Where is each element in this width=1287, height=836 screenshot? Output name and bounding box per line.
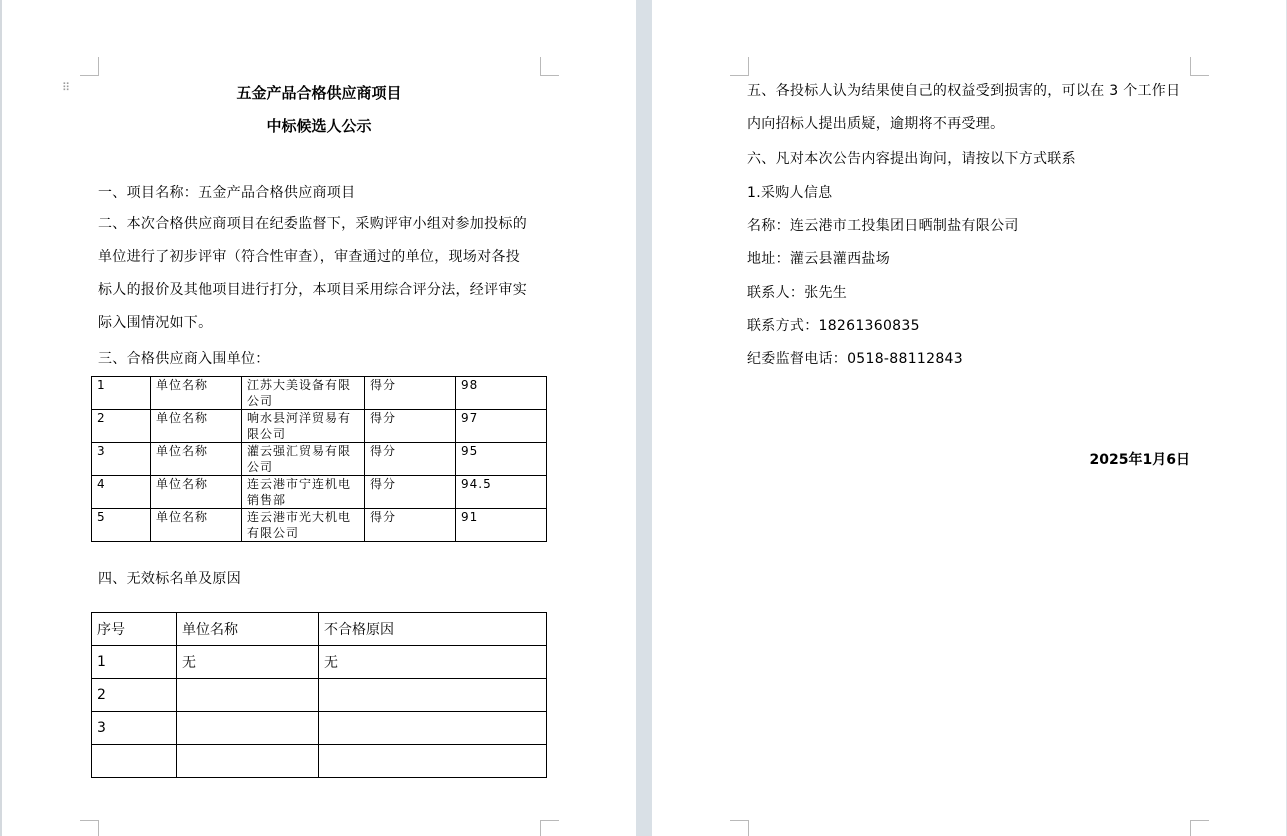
name-label: 单位名称 <box>151 410 242 443</box>
cell: 1 <box>92 646 177 679</box>
row-number: 1 <box>92 377 151 410</box>
cell <box>177 745 319 778</box>
row-number: 3 <box>92 443 151 476</box>
section-5-line: 内向招标人提出质疑，逾期将不再受理。 <box>747 108 1180 141</box>
score-label: 得分 <box>365 476 456 509</box>
section-5: 五、各投标人认为结果使自己的权益受到损害的，可以在 3 个工作日 内向招标人提出… <box>747 75 1180 141</box>
section-6: 六、凡对本次公告内容提出询问，请按以下方式联系 <box>747 148 1076 168</box>
name-label: 单位名称 <box>151 509 242 542</box>
row-number: 5 <box>92 509 151 542</box>
document-page-2: 五、各投标人认为结果使自己的权益受到损害的，可以在 3 个工作日 内向招标人提出… <box>652 0 1286 836</box>
section-5-line: 五、各投标人认为结果使自己的权益受到损害的，可以在 3 个工作日 <box>747 75 1180 108</box>
section-2-line: 标人的报价及其他项目进行打分，本项目采用综合评分法，经评审实 <box>98 274 527 307</box>
purchaser-contact: 联系人：张先生 <box>747 282 847 302</box>
document-subtitle: 中标候选人公示 <box>2 115 636 136</box>
purchaser-heading: 1.采购人信息 <box>747 182 832 202</box>
row-number: 4 <box>92 476 151 509</box>
score-label: 得分 <box>365 377 456 410</box>
table-row: 2 <box>92 679 547 712</box>
company-name: 江苏大美设备有限公司 <box>242 377 365 410</box>
document-title: 五金产品合格供应商项目 <box>2 82 636 103</box>
cell <box>319 712 547 745</box>
purchaser-phone: 联系方式：18261360835 <box>747 315 920 335</box>
company-name: 响水县河洋贸易有限公司 <box>242 410 365 443</box>
crop-mark <box>1190 820 1209 836</box>
table-row: 2 单位名称 响水县河洋贸易有限公司 得分 97 <box>92 410 547 443</box>
purchaser-name: 名称：连云港市工投集团日晒制盐有限公司 <box>747 215 1019 235</box>
cell <box>319 745 547 778</box>
score-value: 98 <box>456 377 547 410</box>
cell <box>319 679 547 712</box>
cell: 无 <box>319 646 547 679</box>
section-2-line: 际入围情况如下。 <box>98 307 527 340</box>
header-cell: 序号 <box>92 613 177 646</box>
section-1: 一、项目名称：五金产品合格供应商项目 <box>98 182 355 202</box>
table-row: 1 单位名称 江苏大美设备有限公司 得分 98 <box>92 377 547 410</box>
section-2: 二、本次合格供应商项目在纪委监督下，采购评审小组对参加投标的 单位进行了初步评审… <box>98 208 527 340</box>
table-header-row: 序号 单位名称 不合格原因 <box>92 613 547 646</box>
cell <box>177 712 319 745</box>
cell <box>92 745 177 778</box>
name-label: 单位名称 <box>151 377 242 410</box>
invalid-bids-table: 序号 单位名称 不合格原因 1 无 无 2 3 <box>91 612 547 778</box>
table-row: 5 单位名称 连云港市光大机电有限公司 得分 91 <box>92 509 547 542</box>
cell: 无 <box>177 646 319 679</box>
crop-mark <box>540 57 559 76</box>
supervision-phone: 纪委监督电话：0518-88112843 <box>747 348 963 368</box>
cell: 2 <box>92 679 177 712</box>
company-name: 连云港市宁连机电销售部 <box>242 476 365 509</box>
name-label: 单位名称 <box>151 476 242 509</box>
purchaser-address: 地址：灌云县灌西盐场 <box>747 248 890 268</box>
crop-mark <box>1190 57 1209 76</box>
section-2-line: 二、本次合格供应商项目在纪委监督下，采购评审小组对参加投标的 <box>98 208 527 241</box>
table-row: 3 单位名称 灌云强汇贸易有限公司 得分 95 <box>92 443 547 476</box>
table-row: 1 无 无 <box>92 646 547 679</box>
section-4: 四、无效标名单及原因 <box>98 568 241 588</box>
section-2-line: 单位进行了初步评审（符合性审查），审查通过的单位，现场对各投 <box>98 241 527 274</box>
name-label: 单位名称 <box>151 443 242 476</box>
qualified-suppliers-table: 1 单位名称 江苏大美设备有限公司 得分 98 2 单位名称 响水县河洋贸易有限… <box>91 376 547 542</box>
table-row: 3 <box>92 712 547 745</box>
score-label: 得分 <box>365 443 456 476</box>
table-row <box>92 745 547 778</box>
document-page-1: ⠿ 五金产品合格供应商项目 中标候选人公示 一、项目名称：五金产品合格供应商项目… <box>2 0 636 836</box>
score-value: 95 <box>456 443 547 476</box>
score-label: 得分 <box>365 509 456 542</box>
crop-mark <box>730 820 749 836</box>
score-value: 97 <box>456 410 547 443</box>
cell: 3 <box>92 712 177 745</box>
header-cell: 单位名称 <box>177 613 319 646</box>
company-name: 连云港市光大机电有限公司 <box>242 509 365 542</box>
score-label: 得分 <box>365 410 456 443</box>
cell <box>177 679 319 712</box>
table-row: 4 单位名称 连云港市宁连机电销售部 得分 94.5 <box>92 476 547 509</box>
section-3: 三、合格供应商入围单位： <box>98 348 270 368</box>
score-value: 91 <box>456 509 547 542</box>
crop-mark <box>730 57 749 76</box>
score-value: 94.5 <box>456 476 547 509</box>
crop-mark <box>80 57 99 76</box>
crop-mark <box>80 820 99 836</box>
crop-mark <box>540 820 559 836</box>
company-name: 灌云强汇贸易有限公司 <box>242 443 365 476</box>
row-number: 2 <box>92 410 151 443</box>
header-cell: 不合格原因 <box>319 613 547 646</box>
document-date: 2025年1月6日 <box>1090 449 1190 469</box>
page-gap <box>636 0 652 836</box>
